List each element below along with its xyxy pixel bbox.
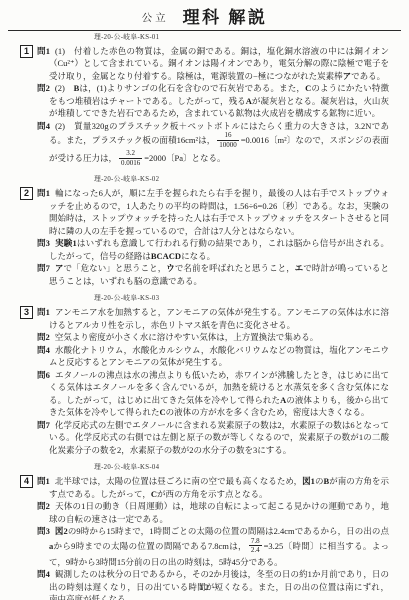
- question-item: 問1(1) 付着した赤色の物質は，金属の銅である。銅は，塩化銅水溶液の中には銅イ…: [37, 45, 389, 83]
- emphasis: C: [305, 83, 311, 93]
- section-code: 理-20-公-岐阜-KS-02: [94, 175, 389, 185]
- emphasis: 図2: [55, 526, 68, 536]
- emphasis: C: [151, 489, 157, 499]
- emphasis: B: [74, 83, 80, 93]
- section-number-box: 4: [20, 475, 33, 488]
- emphasis: 実験1: [55, 238, 77, 248]
- question-label: 問4: [37, 121, 50, 131]
- question-item: 問1北半球では，太陽の位置は昼ごろに南の空で最も高くなるため，図1のBが南の方角…: [37, 475, 389, 500]
- question-label: 問3: [37, 526, 50, 536]
- question-label: 問1: [37, 476, 50, 486]
- section-code: 理-20-公-岐阜-KS-04: [94, 463, 389, 473]
- section-items: 問1(1) 付着した赤色の物質は，金属の銅である。銅は，塩化銅水溶液の中には銅イ…: [37, 45, 389, 169]
- section-items: 問1アンモニア水を加熱すると，アンモニアの気体が発生する。アンモニアの気体は水に…: [37, 306, 389, 456]
- question-item: 問3図2の9時から15時まで，1時間ごとの太陽の位置の間隔は2.4cmであるから…: [37, 525, 389, 568]
- question-label: 問7: [37, 420, 50, 430]
- emphasis: 図1: [302, 476, 315, 486]
- sections: 理-20-公-岐阜-KS-01 1 問1(1) 付着した赤色の物質は，金属の銅で…: [20, 33, 389, 600]
- question-label: 問1: [37, 188, 50, 198]
- question-item: 問4水酸化ナトリウム，水酸化カルシウム，水酸化バリウムなどの物質は，塩化アンモニ…: [37, 344, 389, 369]
- emphasis: BCACD: [151, 251, 181, 261]
- question-item: 問2空気より密度が小さく水に溶けやすい気体は，上方置換法で集める。: [37, 331, 389, 344]
- answer-section: 理-20-公-岐阜-KS-03 3 問1アンモニア水を加熱すると，アンモニアの気…: [20, 294, 389, 456]
- emphasis: C: [160, 407, 166, 417]
- question-item: 問4(2) 質量320gのプラスチック板＋ペットボトルにはたらく重力の大きさは，…: [37, 120, 389, 169]
- question-item: 問3実験1はいずれも意識して行われる行動の結果であり，これは脳から信号が出される…: [37, 237, 389, 262]
- emphasis: A: [246, 96, 252, 106]
- question-label: 問4: [37, 345, 50, 355]
- question-label: 問1: [37, 307, 50, 317]
- question-label: 問2: [37, 83, 50, 93]
- question-label: 問7: [37, 263, 50, 273]
- question-label: 問2: [37, 332, 50, 342]
- question-item: 問2(2) Bは，(1)よりサンゴの化石を含むので石灰岩である。また，Cのように…: [37, 82, 389, 120]
- section-code: 理-20-公-岐阜-KS-01: [94, 33, 389, 43]
- question-item: 問7アで「危ない」と思うこと，ウで名前を呼ばれたと思うこと，エで時計が鳴っている…: [37, 262, 389, 287]
- page-title: 理科 解説: [183, 8, 268, 27]
- section-number-box: 1: [20, 45, 33, 58]
- answer-section: 理-20-公-岐阜-KS-04 4 問1北半球では，太陽の位置は昼ごろに南の空で…: [20, 463, 389, 600]
- page-header: 公立理科 解説: [20, 12, 389, 27]
- emphasis: B: [324, 476, 330, 486]
- section-items: 問1輪になった6人が，順に左手を握られたら右手を握り，最後の人は右手でストップウ…: [37, 187, 389, 287]
- question-label: 問4: [37, 569, 50, 579]
- emphasis: ア: [343, 71, 352, 81]
- question-item: 問7化学反応式の左側でエタノールに含まれる炭素原子の数は2，水素原子の数は6とな…: [37, 419, 389, 457]
- emphasis: A: [280, 395, 286, 405]
- emphasis: エ: [295, 263, 304, 273]
- answer-section: 理-20-公-岐阜-KS-02 2 問1輪になった6人が，順に左手を握られたら右…: [20, 175, 389, 287]
- question-item: 問2天体の1日の動き（日周運動）は，地球の自転によって起こる見かけの運動であり，…: [37, 500, 389, 525]
- emphasis: ウ: [166, 263, 175, 273]
- header-rule: [8, 30, 401, 31]
- answer-section: 理-20-公-岐阜-KS-01 1 問1(1) 付着した赤色の物質は，金属の銅で…: [20, 33, 389, 169]
- page-number: − 12 −: [0, 581, 409, 594]
- section-number-box: 3: [20, 306, 33, 319]
- fraction: 3.20.0016: [119, 149, 142, 167]
- fraction: 1610000: [217, 131, 239, 149]
- question-label: 問2: [37, 501, 50, 511]
- question-label: 問3: [37, 238, 50, 248]
- question-item: 問6エタノールの沸点は水の沸点よりも低いため，赤ワインが沸騰したとき，はじめに出…: [37, 369, 389, 419]
- emphasis: a: [49, 540, 53, 550]
- question-label: 問1: [37, 46, 50, 56]
- question-item: 問1輪になった6人が，順に左手を握られたら右手を握り，最後の人は右手でストップウ…: [37, 187, 389, 237]
- emphasis: ア: [55, 263, 64, 273]
- section-code: 理-20-公-岐阜-KS-03: [94, 294, 389, 304]
- document-page: 公立理科 解説 理-20-公-岐阜-KS-01 1 問1(1) 付着した赤色の物…: [0, 0, 409, 600]
- section-number-box: 2: [20, 187, 33, 200]
- question-item: 問1アンモニア水を加熱すると，アンモニアの気体が発生する。アンモニアの気体は水に…: [37, 306, 389, 331]
- exam-type-label: 公立: [142, 13, 169, 24]
- question-label: 問6: [37, 370, 50, 380]
- fraction: 7.82.4: [249, 537, 262, 555]
